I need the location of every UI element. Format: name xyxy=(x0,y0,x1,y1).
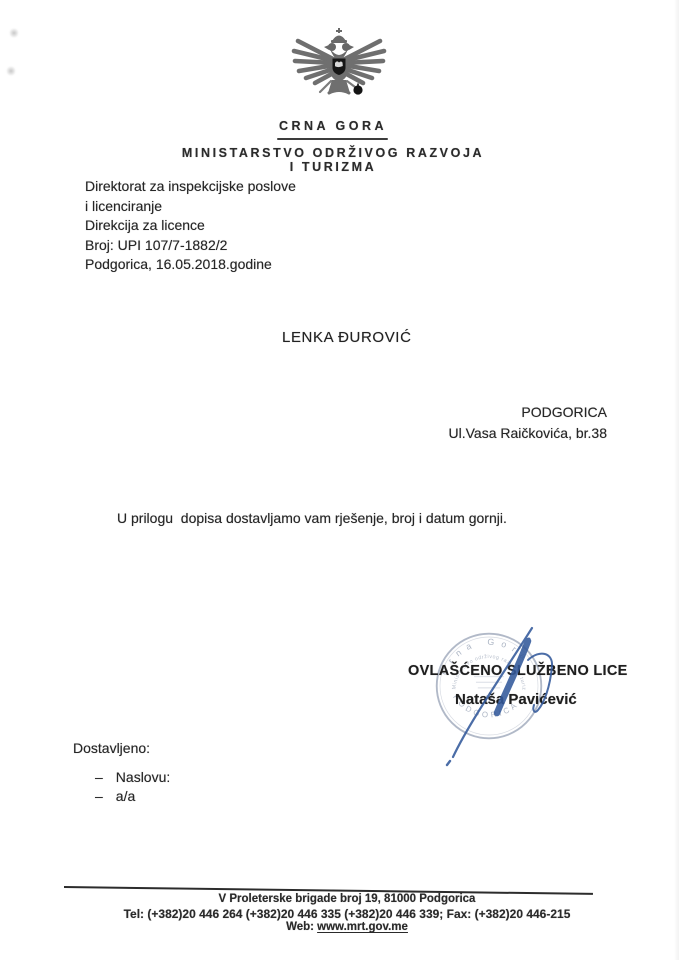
scan-artifact xyxy=(8,28,20,38)
sender-block: Direktorat za inspekcijske poslove i lic… xyxy=(85,177,296,275)
recipient-name: LENKA ĐUROVIĆ xyxy=(282,329,412,346)
delivery-item-dash: – xyxy=(95,788,103,804)
handwritten-signature-icon xyxy=(420,603,570,768)
sender-case-number: Broj: UPI 107/7-1882/2 xyxy=(85,236,296,256)
footer-web: Web: www.mrt.gov.me xyxy=(40,921,654,933)
sender-place-date: Podgorica, 16.05.2018.godine xyxy=(85,255,296,275)
body-paragraph: U prilogu dopisa dostavljamo vam rješenj… xyxy=(117,510,537,526)
footer-web-url: www.mrt.gov.me xyxy=(317,921,408,933)
recipient-city: PODGORICA xyxy=(449,402,607,423)
ministry-name-line2: I TURIZMA xyxy=(133,160,533,174)
delivery-item: – a/a xyxy=(95,788,135,804)
scan-edge-shade xyxy=(674,0,679,960)
delivery-item: – Naslovu: xyxy=(95,769,170,785)
recipient-street: Ul.Vasa Raičkovića, br.38 xyxy=(449,423,607,444)
sender-licensing: i licenciranje xyxy=(85,197,296,217)
scanned-letter-page: CRNA GORA MINISTARSTVO ODRŽIVOG RAZVOJA … xyxy=(0,0,679,960)
delivery-label: Dostavljeno: xyxy=(73,740,150,756)
ministry-name-line1: MINISTARSTVO ODRŽIVOG RAZVOJA xyxy=(133,146,533,160)
footer-address: V Proleterske brigade broj 19, 81000 Pod… xyxy=(40,893,654,905)
scan-artifact xyxy=(5,66,17,76)
footer-web-label: Web: xyxy=(286,921,314,933)
sender-directorate: Direktorat za inspekcijske poslove xyxy=(85,177,296,197)
recipient-address-block: PODGORICA Ul.Vasa Raičkovića, br.38 xyxy=(449,402,607,443)
footer-phones: Tel: (+382)20 446 264 (+382)20 446 335 (… xyxy=(40,907,654,921)
sender-direction: Direkcija za licence xyxy=(85,216,296,236)
delivery-item-dash: – xyxy=(95,769,103,785)
delivery-item-text: Naslovu: xyxy=(116,769,170,785)
header-divider xyxy=(277,138,388,140)
delivery-item-text: a/a xyxy=(116,788,135,804)
country-name: CRNA GORA xyxy=(133,119,533,133)
montenegro-coat-of-arms-icon xyxy=(288,27,390,111)
